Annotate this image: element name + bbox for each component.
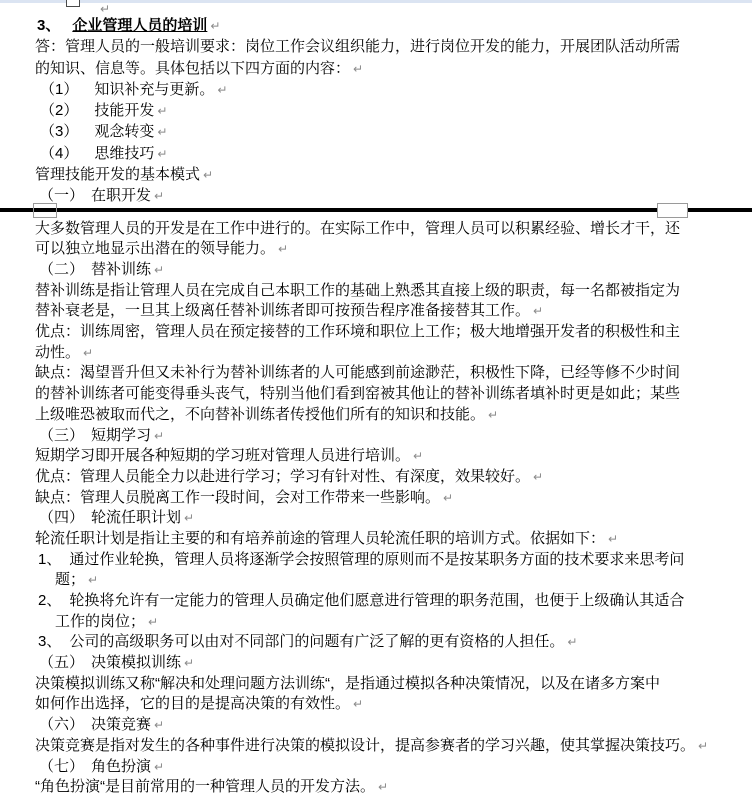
text-line[interactable]: 轮流任职计划是指让主要的和有培养前途的管理人员轮流任职的培训方式。依据如下：↵ — [35, 529, 714, 550]
text-line[interactable]: 动性。↵ — [35, 343, 714, 364]
text-line[interactable]: 3、公司的高级职务可以由对不同部门的问题有广泛了解的更有资格的人担任。↵ — [35, 632, 714, 653]
paragraph-mark-icon: ↵ — [413, 449, 423, 463]
line-text: 决策竞赛 — [91, 716, 151, 733]
text-line[interactable]: （2）技能开发↵ — [35, 100, 714, 121]
line-text: 技能开发 — [94, 102, 154, 119]
line-text: 优点：训练周密，管理人员在预定接替的工作环境和职位上工作；极大地增强开发者的积极… — [35, 323, 680, 340]
paragraph-mark-icon: ↵ — [154, 263, 164, 277]
line-number-prefix: （4） — [40, 143, 78, 164]
line-number-prefix: （二） — [39, 260, 84, 281]
text-line[interactable]: 优点：训练周密，管理人员在预定接替的工作环境和职位上工作；极大地增强开发者的积极… — [35, 322, 714, 343]
paragraph-mark-icon: ↵ — [154, 189, 164, 203]
line-text: 答：管理人员的一般培训要求：岗位工作会议组织能力，进行岗位开发的能力，开展团队活… — [35, 38, 680, 55]
text-line[interactable]: 短期学习即开展各种短期的学习班对管理人员进行培训。↵ — [35, 446, 714, 467]
line-number-prefix: 3、 — [38, 632, 61, 653]
paragraph-mark-icon: ↵ — [157, 147, 167, 161]
line-text: 决策模拟训练又称“解决和处理问题方法训练“，是指通过模拟各种决策情况，以及在诸多… — [35, 675, 660, 692]
text-line[interactable]: （四）轮流任职计划↵ — [35, 508, 714, 529]
page-margin-crop-mark-left — [33, 203, 57, 218]
text-line[interactable]: 缺点：管理人员脱离工作一段时间，会对工作带来一些影响。↵ — [35, 488, 714, 509]
line-text: 管理技能开发的基本模式 — [35, 166, 200, 183]
line-text: 替补训练 — [91, 261, 151, 278]
line-number-prefix: 1、 — [38, 550, 61, 571]
text-line[interactable]: 3、企业管理人员的培训↵ — [35, 15, 714, 36]
line-text: 在职开发 — [91, 187, 151, 204]
text-line[interactable]: 工作的岗位；↵ — [35, 612, 714, 633]
line-text: 公司的高级职务可以由对不同部门的问题有广泛了解的更有资格的人担任。 — [69, 633, 564, 650]
paragraph-mark-icon: ↵ — [353, 62, 363, 76]
line-number-prefix: 3、 — [37, 15, 60, 36]
line-text: 轮流任职计划 — [91, 509, 181, 526]
paragraph-mark-icon: ↵ — [443, 491, 453, 505]
document-canvas[interactable]: { "page_chrome": { "background": "#fffff… — [0, 0, 752, 797]
line-number-prefix: （五） — [39, 653, 84, 674]
text-line[interactable]: 决策竞赛是指对发生的各种事件进行决策的模拟设计，提高参赛者的学习兴趣，使其掌握决… — [35, 736, 714, 757]
line-number-prefix: （七） — [39, 757, 84, 778]
text-line[interactable]: 的替补训练者可能变得垂头丧气，特别当他们看到窑被其他让的替补训练者填补时更是如此… — [35, 384, 714, 405]
text-line[interactable]: 答：管理人员的一般培训要求：岗位工作会议组织能力，进行岗位开发的能力，开展团队活… — [35, 36, 714, 57]
page-margin-crop-mark-right — [657, 203, 688, 218]
text-line[interactable]: （六）决策竞赛↵ — [35, 715, 714, 736]
text-line[interactable]: （一）在职开发↵ — [35, 185, 714, 206]
text-line[interactable]: 替补训练是指让管理人员在完成自己本职工作的基础上熟悉其直接上级的职责，每一名都被… — [35, 281, 714, 302]
paragraph-mark-icon: ↵ — [488, 408, 498, 422]
text-line[interactable]: （三）短期学习↵ — [35, 426, 714, 447]
text-line[interactable]: 可以独立地显示出潜在的领导能力。↵ — [35, 239, 714, 260]
paragraph-mark-icon: ↵ — [154, 718, 164, 732]
paragraph-mark-icon: ↵ — [698, 739, 708, 753]
paragraph-mark-icon: ↵ — [567, 635, 577, 649]
paragraph-mark-icon: ↵ — [203, 168, 213, 182]
paragraph-mark-icon: ↵ — [88, 573, 98, 587]
paragraph-mark-icon: ↵ — [184, 656, 194, 670]
line-text: 题； — [55, 571, 85, 588]
line-text: 通过作业轮换，管理人员将逐渐学会按照管理的原则而不是按某职务方面的技术要求来思考… — [69, 551, 684, 568]
line-text: 短期学习 — [91, 427, 151, 444]
text-line[interactable]: （4）思维技巧↵ — [35, 143, 714, 164]
line-number-prefix: （三） — [39, 426, 84, 447]
paragraph-mark-icon: ↵ — [157, 125, 167, 139]
line-text: 大多数管理人员的开发是在工作中进行的。在实际工作中，管理人员可以积累经验、增长才… — [35, 220, 680, 237]
line-text: 决策竞赛是指对发生的各种事件进行决策的模拟设计，提高参赛者的学习兴趣，使其掌握决… — [35, 737, 695, 754]
text-line[interactable]: 题；↵ — [35, 570, 714, 591]
text-line[interactable]: 替补衰老是，一旦其上级离任替补训练者即可按预告程序准备接替其工作。↵ — [35, 301, 714, 322]
line-text: 如何作出选择，它的目的是提高决策的有效性。 — [35, 695, 350, 712]
line-text: 缺点：渴望晋升但又未补行为替补训练者的人可能感到前途渺茫，积极性下降，已经等修不… — [35, 364, 680, 381]
line-text: 轮换将允许有一定能力的管理人员确定他们愿意进行管理的职务范围，也便于上级确认其适… — [69, 592, 684, 609]
page-1-content[interactable]: ↵ 3、企业管理人员的培训↵ 答：管理人员的一般培训要求：岗位工作会议组织能力，… — [0, 0, 752, 207]
text-line[interactable]: 决策模拟训练又称“解决和处理问题方法训练“，是指通过模拟各种决策情况，以及在诸多… — [35, 674, 714, 695]
paragraph-mark-icon: ↵ — [217, 83, 227, 97]
text-line[interactable]: 2、轮换将允许有一定能力的管理人员确定他们愿意进行管理的职务范围，也便于上级确认… — [35, 591, 714, 612]
line-text: 思维技巧 — [94, 145, 154, 162]
line-text: “角色扮演“是目前常用的一种管理人员的开发方法。 — [35, 778, 375, 795]
text-line[interactable]: 缺点：渴望晋升但又未补行为替补训练者的人可能感到前途渺茫，积极性下降，已经等修不… — [35, 363, 714, 384]
line-text: 可以独立地显示出潜在的领导能力。 — [35, 240, 275, 257]
line-number-prefix: （3） — [40, 121, 78, 142]
page-break-divider[interactable] — [0, 207, 752, 219]
text-line[interactable]: 管理技能开发的基本模式↵ — [35, 164, 714, 185]
text-line[interactable]: 优点：管理人员能全力以赴进行学习；学习有针对性、有深度，效果较好。↵ — [35, 467, 714, 488]
line-text: 优点：管理人员能全力以赴进行学习；学习有针对性、有深度，效果较好。 — [35, 468, 530, 485]
paragraph-mark-icon: ↵ — [210, 19, 220, 33]
paragraph-mark-icon: ↵ — [154, 429, 164, 443]
text-line[interactable]: ↵ — [35, 2, 714, 15]
text-line[interactable]: （1）知识补充与更新。↵ — [35, 79, 714, 100]
line-number-prefix: （六） — [39, 715, 84, 736]
page-2-content[interactable]: 大多数管理人员的开发是在工作中进行的。在实际工作中，管理人员可以积累经验、增长才… — [0, 219, 752, 797]
paragraph-mark-icon: ↵ — [533, 304, 543, 318]
window-top-edge-strip — [0, 0, 752, 3]
line-text: 短期学习即开展各种短期的学习班对管理人员进行培训。 — [35, 447, 410, 464]
line-text: 观念转变 — [94, 123, 154, 140]
line-number-prefix: （1） — [40, 79, 78, 100]
line-text: 动性。 — [35, 344, 80, 361]
line-text: 决策模拟训练 — [91, 654, 181, 671]
paragraph-mark-icon: ↵ — [100, 2, 110, 15]
text-line[interactable]: 1、通过作业轮换，管理人员将逐渐学会按照管理的原则而不是按某职务方面的技术要求来… — [35, 550, 714, 571]
line-number-prefix: 2、 — [38, 591, 61, 612]
text-line[interactable]: “角色扮演“是目前常用的一种管理人员的开发方法。↵ — [35, 777, 714, 797]
line-text: 上级唯恐被取而代之，不向替补训练者传授他们所有的知识和技能。 — [35, 406, 485, 423]
line-number-prefix: （2） — [40, 100, 78, 121]
text-line[interactable]: （五）决策模拟训练↵ — [35, 653, 714, 674]
line-number-prefix: （四） — [39, 508, 84, 529]
paragraph-mark-icon: ↵ — [184, 511, 194, 525]
line-text: 知识补充与更新。 — [94, 81, 214, 98]
paragraph-mark-icon: ↵ — [278, 242, 288, 256]
text-line[interactable]: 如何作出选择，它的目的是提高决策的有效性。↵ — [35, 694, 714, 715]
line-text: 的知识、信息等。具体包括以下四方面的内容： — [35, 60, 350, 77]
text-line[interactable]: （二）替补训练↵ — [35, 260, 714, 281]
line-text: 替补衰老是，一旦其上级离任替补训练者即可按预告程序准备接替其工作。 — [35, 302, 530, 319]
paragraph-mark-icon: ↵ — [608, 532, 618, 546]
paragraph-mark-icon: ↵ — [157, 104, 167, 118]
paragraph-mark-icon: ↵ — [378, 780, 388, 794]
text-line[interactable]: （3）观念转变↵ — [35, 121, 714, 142]
line-text: 的替补训练者可能变得垂头丧气，特别当他们看到窑被其他让的替补训练者填补时更是如此… — [35, 385, 680, 402]
paragraph-mark-icon: ↵ — [533, 470, 543, 484]
text-line[interactable]: 大多数管理人员的开发是在工作中进行的。在实际工作中，管理人员可以积累经验、增长才… — [35, 219, 714, 240]
line-text: 企业管理人员的培训 — [72, 17, 207, 34]
line-text: 轮流任职计划是指让主要的和有培养前途的管理人员轮流任职的培训方式。依据如下： — [35, 530, 605, 547]
text-line[interactable]: （七）角色扮演↵ — [35, 757, 714, 778]
paragraph-mark-icon: ↵ — [83, 346, 93, 360]
line-text: 角色扮演 — [91, 758, 151, 775]
text-line[interactable]: 上级唯恐被取而代之，不向替补训练者传授他们所有的知识和技能。↵ — [35, 405, 714, 426]
paragraph-mark-icon: ↵ — [148, 615, 158, 629]
paragraph-mark-icon: ↵ — [353, 697, 363, 711]
paragraph-mark-icon: ↵ — [154, 760, 164, 774]
page-margin-crop-mark-top — [66, 0, 80, 7]
line-text: 缺点：管理人员脱离工作一段时间，会对工作带来一些影响。 — [35, 489, 440, 506]
line-text: 工作的岗位； — [55, 613, 145, 630]
line-text: 替补训练是指让管理人员在完成自己本职工作的基础上熟悉其直接上级的职责，每一名都被… — [35, 282, 680, 299]
text-line[interactable]: 的知识、信息等。具体包括以下四方面的内容：↵ — [35, 58, 714, 79]
page-break-rule — [0, 208, 752, 212]
